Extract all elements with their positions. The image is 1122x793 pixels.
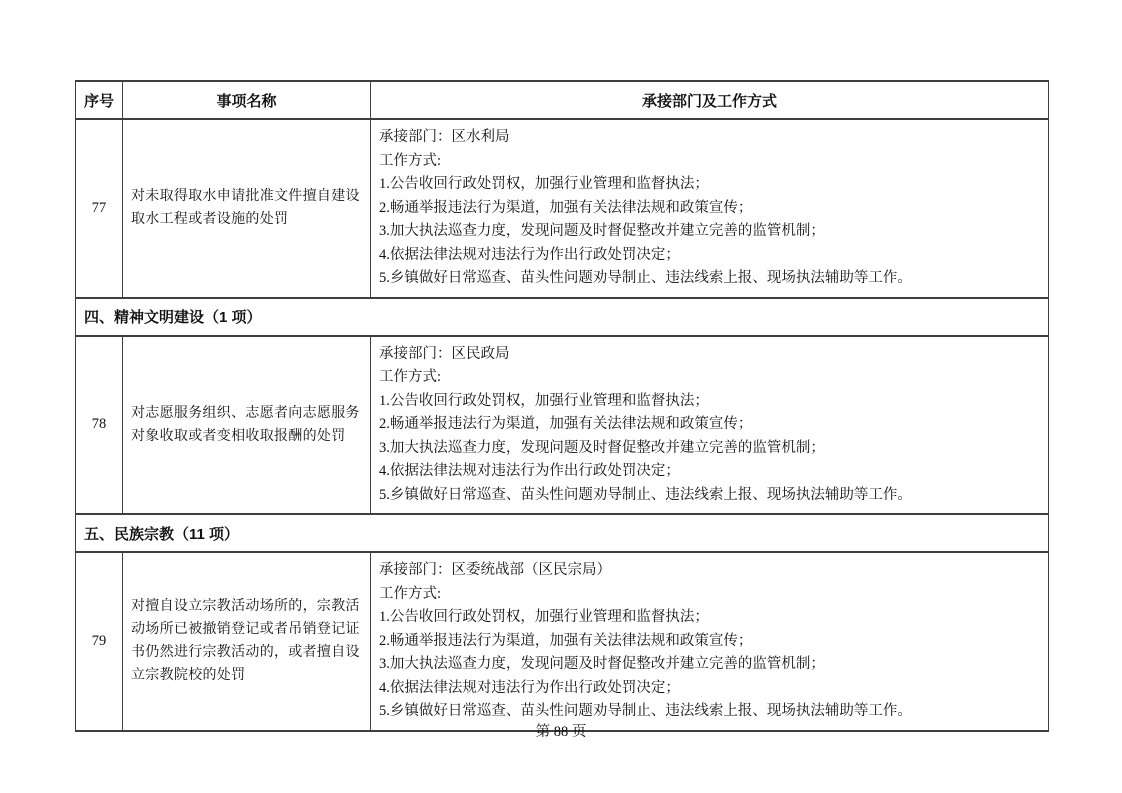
dept-line: 承接部门：区民政局 (379, 343, 1038, 367)
header-item-name: 事项名称 (123, 81, 371, 119)
dept-label: 承接部门： (379, 346, 452, 362)
item-detail: 承接部门：区民政局 工作方式: 1.公告收回行政处罚权，加强行业管理和监督执法；… (371, 336, 1049, 515)
table-row: 77 对未取得取水申请批准文件擅自建设取水工程或者设施的处罚 承接部门：区水利局… (76, 119, 1049, 298)
dept-label: 承接部门： (379, 562, 452, 578)
section-header-row: 四、精神文明建设（1 项） (76, 298, 1049, 336)
item-name: 对擅自设立宗教活动场所的，宗教活动场所已被撤销登记或者吊销登记证书仍然进行宗教活… (123, 552, 371, 731)
method-item: 4.依据法律法规对违法行为作出行政处罚决定； (379, 460, 1038, 484)
method-label: 工作方式: (379, 150, 1038, 174)
dept-value: 区水利局 (452, 129, 510, 145)
method-item: 4.依据法律法规对违法行为作出行政处罚决定； (379, 244, 1038, 268)
method-item: 3.加大执法巡查力度，发现问题及时督促整改并建立完善的监管机制； (379, 653, 1038, 677)
dept-line: 承接部门：区水利局 (379, 126, 1038, 150)
method-label: 工作方式: (379, 366, 1038, 390)
method-item: 5.乡镇做好日常巡查、苗头性问题劝导制止、违法线索上报、现场执法辅助等工作。 (379, 267, 1038, 291)
header-serial-number: 序号 (76, 81, 123, 119)
method-label: 工作方式: (379, 583, 1038, 607)
header-department-method: 承接部门及工作方式 (371, 81, 1049, 119)
method-item: 1.公告收回行政处罚权，加强行业管理和监督执法； (379, 173, 1038, 197)
items-table: 序号 事项名称 承接部门及工作方式 77 对未取得取水申请批准文件擅自建设取水工… (75, 80, 1049, 732)
method-item: 1.公告收回行政处罚权，加强行业管理和监督执法； (379, 606, 1038, 630)
method-item: 4.依据法律法规对违法行为作出行政处罚决定； (379, 677, 1038, 701)
method-item: 1.公告收回行政处罚权，加强行业管理和监督执法； (379, 390, 1038, 414)
method-item: 2.畅通举报违法行为渠道，加强有关法律法规和政策宣传； (379, 630, 1038, 654)
section-label: 四、精神文明建设（1 项） (76, 298, 1049, 336)
item-name: 对志愿服务组织、志愿者向志愿服务对象收取或者变相收取报酬的处罚 (123, 336, 371, 515)
item-detail: 承接部门：区水利局 工作方式: 1.公告收回行政处罚权，加强行业管理和监督执法；… (371, 119, 1049, 298)
document-page: 序号 事项名称 承接部门及工作方式 77 对未取得取水申请批准文件擅自建设取水工… (0, 0, 1122, 793)
dept-label: 承接部门： (379, 129, 452, 145)
section-header-row: 五、民族宗教（11 项） (76, 514, 1049, 552)
dept-value: 区民政局 (452, 346, 510, 362)
method-item: 5.乡镇做好日常巡查、苗头性问题劝导制止、违法线索上报、现场执法辅助等工作。 (379, 484, 1038, 508)
dept-value: 区委统战部（区民宗局） (452, 562, 612, 578)
method-item: 3.加大执法巡查力度，发现问题及时督促整改并建立完善的监管机制； (379, 220, 1038, 244)
method-item: 2.畅通举报违法行为渠道，加强有关法律法规和政策宣传； (379, 413, 1038, 437)
item-name: 对未取得取水申请批准文件擅自建设取水工程或者设施的处罚 (123, 119, 371, 298)
row-number: 78 (76, 336, 123, 515)
table-row: 78 对志愿服务组织、志愿者向志愿服务对象收取或者变相收取报酬的处罚 承接部门：… (76, 336, 1049, 515)
method-item: 3.加大执法巡查力度，发现问题及时督促整改并建立完善的监管机制； (379, 437, 1038, 461)
page-number: 第 88 页 (0, 720, 1122, 741)
method-item: 2.畅通举报违法行为渠道，加强有关法律法规和政策宣传； (379, 197, 1038, 221)
dept-line: 承接部门：区委统战部（区民宗局） (379, 559, 1038, 583)
row-number: 77 (76, 119, 123, 298)
table-header-row: 序号 事项名称 承接部门及工作方式 (76, 81, 1049, 119)
table-row: 79 对擅自设立宗教活动场所的，宗教活动场所已被撤销登记或者吊销登记证书仍然进行… (76, 552, 1049, 731)
section-label: 五、民族宗教（11 项） (76, 514, 1049, 552)
item-detail: 承接部门：区委统战部（区民宗局） 工作方式: 1.公告收回行政处罚权，加强行业管… (371, 552, 1049, 731)
row-number: 79 (76, 552, 123, 731)
